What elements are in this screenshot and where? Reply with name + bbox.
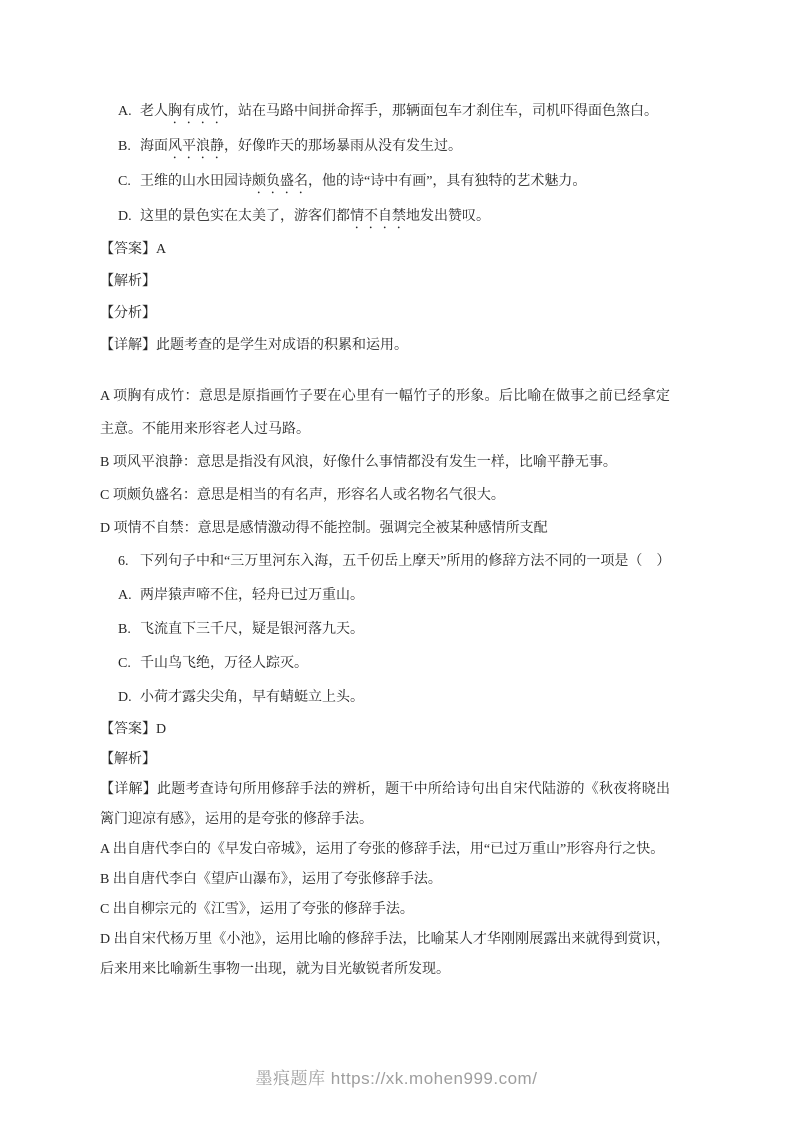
- question-5-explanations: A 项胸有成竹：意思是原指画竹子要在心里有一幅竹子的形象。后比喻在做事之前已经拿…: [100, 380, 670, 545]
- explanation-paragraph: D 项情不自禁：意思是感情激动得不能控制。强调完全被某种感情所支配: [100, 512, 670, 545]
- option-text: 千山鸟飞绝，万径人踪灭。: [140, 647, 308, 681]
- option-text: 小荷才露尖尖角，早有蜻蜓立上头。: [140, 681, 364, 715]
- option-label: B.: [118, 613, 140, 647]
- explanation-paragraph: D 出自宋代杨万里《小池》，运用比喻的修辞手法，比喻某人才华刚刚展露出来就得到赏…: [100, 925, 670, 985]
- option-text: 两岸猿声啼不住，轻舟已过万重山。: [140, 579, 364, 613]
- question-6-stem: 6. 下列句子中和“三万里河东入海，五千仞岳上摩天”所用的修辞方法不同的一项是（…: [118, 545, 670, 579]
- answer-value: D: [156, 722, 166, 737]
- option-label: B.: [118, 129, 140, 164]
- answer-line: 【答案】D: [100, 715, 670, 745]
- question-6-option-b: B. 飞流直下三千尺，疑是银河落九天。: [118, 613, 670, 647]
- detail-line: 【详解】此题考查的是学生对成语的积累和运用。: [100, 330, 670, 362]
- document-content: A. 老人胸有成竹，站在马路中间拼命挥手，那辆面包车才刹住车，司机吓得面色煞白。…: [100, 94, 670, 985]
- answer-value: A: [156, 242, 166, 257]
- option-label: A.: [118, 579, 140, 613]
- question-5-options: A. 老人胸有成竹，站在马路中间拼命挥手，那辆面包车才刹住车，司机吓得面色煞白。…: [100, 94, 670, 234]
- page-footer: 墨痕题库 https://xk.mohen999.com/: [0, 1064, 793, 1089]
- answer-heading: 【答案】: [100, 242, 156, 257]
- question-6-option-a: A. 两岸猿声啼不住，轻舟已过万重山。: [118, 579, 670, 613]
- explanation-paragraph: A 出自唐代李白的《早发白帝城》，运用了夸张的修辞手法，用“已过万重山”形容舟行…: [100, 835, 670, 865]
- emphasized-idiom: 颇负盛名: [252, 174, 308, 189]
- comment-heading: 【分析】: [100, 298, 670, 330]
- detail-heading: 【详解】: [100, 782, 157, 797]
- explanation-paragraph: B 项风平浪静：意思是指没有风浪，好像什么事情都没有发生一样，比喻平静无事。: [100, 446, 670, 479]
- emphasized-idiom: 情不自禁: [350, 209, 406, 224]
- option-text: 这里的景色实在太美了，游客们都情不自禁地发出赞叹。: [140, 199, 490, 234]
- analysis-heading: 【解析】: [100, 266, 670, 298]
- question-5-answer-block: 【答案】A 【解析】 【分析】 【详解】此题考查的是学生对成语的积累和运用。: [100, 234, 670, 362]
- option-text: 飞流直下三千尺，疑是银河落九天。: [140, 613, 364, 647]
- option-label: A.: [118, 94, 140, 129]
- question-5-option-a: A. 老人胸有成竹，站在马路中间拼命挥手，那辆面包车才刹住车，司机吓得面色煞白。: [118, 94, 670, 129]
- detail-text: 此题考查的是学生对成语的积累和运用。: [156, 338, 408, 353]
- answer-heading: 【答案】: [100, 722, 156, 737]
- option-label: D.: [118, 199, 140, 234]
- question-5-option-b: B. 海面风平浪静，好像昨天的那场暴雨从没有发生过。: [118, 129, 670, 164]
- question-6-option-d: D. 小荷才露尖尖角，早有蜻蜓立上头。: [118, 681, 670, 715]
- question-stem-text: 下列句子中和“三万里河东入海，五千仞岳上摩天”所用的修辞方法不同的一项是（ ）: [140, 545, 670, 579]
- option-text: 老人胸有成竹，站在马路中间拼命挥手，那辆面包车才刹住车，司机吓得面色煞白。: [140, 94, 658, 129]
- footer-site-name: 墨痕题库: [256, 1069, 326, 1088]
- option-text: 海面风平浪静，好像昨天的那场暴雨从没有发生过。: [140, 129, 462, 164]
- detail-text: 此题考查诗句所用修辞手法的辨析，题干中所给诗句出自宋代陆游的《秋夜将晓出篱门迎凉…: [100, 782, 670, 827]
- explanation-paragraph: A 项胸有成竹：意思是原指画竹子要在心里有一幅竹子的形象。后比喻在做事之前已经拿…: [100, 380, 670, 446]
- answer-line: 【答案】A: [100, 234, 670, 266]
- footer-url: https://xk.mohen999.com/: [331, 1069, 538, 1088]
- document-page: A. 老人胸有成竹，站在马路中间拼命挥手，那辆面包车才刹住车，司机吓得面色煞白。…: [0, 0, 793, 1122]
- option-text: 王维的山水田园诗颇负盛名，他的诗“诗中有画”，具有独特的艺术魅力。: [140, 164, 586, 199]
- detail-heading: 【详解】: [100, 338, 156, 353]
- analysis-heading: 【解析】: [100, 745, 670, 775]
- explanation-paragraph: B 出自唐代李白《望庐山瀑布》，运用了夸张修辞手法。: [100, 865, 670, 895]
- question-number: 6.: [118, 545, 140, 579]
- question-6-answer-block: 【答案】D 【解析】 【详解】此题考查诗句所用修辞手法的辨析，题干中所给诗句出自…: [100, 715, 670, 985]
- option-label: D.: [118, 681, 140, 715]
- question-5-option-c: C. 王维的山水田园诗颇负盛名，他的诗“诗中有画”，具有独特的艺术魅力。: [118, 164, 670, 199]
- explanation-paragraph: C 出自柳宗元的《江雪》，运用了夸张的修辞手法。: [100, 895, 670, 925]
- question-6-option-c: C. 千山鸟飞绝，万径人踪灭。: [118, 647, 670, 681]
- explanation-paragraph: C 项颇负盛名：意思是相当的有名声，形容名人或名物名气很大。: [100, 479, 670, 512]
- option-label: C.: [118, 164, 140, 199]
- detail-paragraph: 【详解】此题考查诗句所用修辞手法的辨析，题干中所给诗句出自宋代陆游的《秋夜将晓出…: [100, 775, 670, 835]
- option-label: C.: [118, 647, 140, 681]
- question-6-block: 6. 下列句子中和“三万里河东入海，五千仞岳上摩天”所用的修辞方法不同的一项是（…: [100, 545, 670, 715]
- emphasized-idiom: 胸有成竹: [168, 104, 224, 119]
- emphasized-idiom: 风平浪静: [168, 139, 224, 154]
- question-5-option-d: D. 这里的景色实在太美了，游客们都情不自禁地发出赞叹。: [118, 199, 670, 234]
